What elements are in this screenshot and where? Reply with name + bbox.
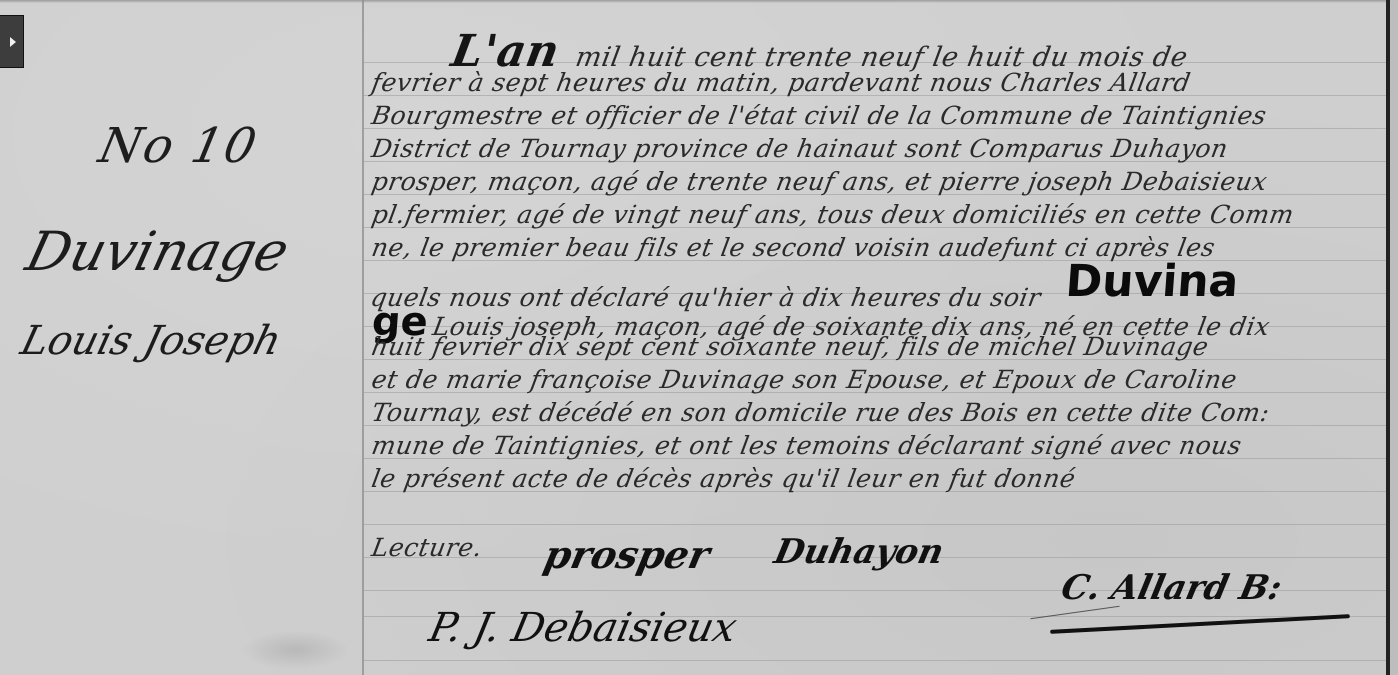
register-page: No 10 Duvinage Louis Joseph L'anmil huit… [0, 0, 1388, 675]
record-line-2: fevrier à sept heures du matin, pardevan… [369, 68, 1192, 97]
chevron-right-icon [10, 37, 16, 47]
signature-witness-1-given: prosper [540, 532, 714, 577]
record-line-12: Tournay, est décédé en son domicile rue … [369, 398, 1272, 427]
signature-witness-2: P. J. Debaisieux [425, 605, 741, 651]
record-line-4: District de Tournay province de hainaut … [369, 134, 1230, 163]
signature-witness-1-surname: Duhayon [771, 532, 948, 572]
margin-surname: Duvinage [20, 220, 295, 283]
record-line-14: le présent acte de décès après qu'il leu… [369, 464, 1078, 493]
act-number: No 10 [94, 118, 263, 174]
record-line-3: Bourgmestre et officier de l'état civil … [369, 101, 1268, 130]
margin-divider-line [362, 0, 364, 675]
margin-given-names: Louis Joseph [16, 318, 286, 364]
signature-officer: C. Allard B: [1058, 568, 1286, 608]
record-line-5: prosper, maçon, agé de trente neuf ans, … [369, 167, 1269, 196]
record-line-11: et de marie françoise Duvinage son Epous… [369, 365, 1239, 394]
expand-panel-button[interactable] [0, 15, 24, 68]
record-line-6: pl.fermier, agé de vingt neuf ans, tous … [369, 200, 1296, 229]
record-margin: No 10 Duvinage Louis Joseph [0, 0, 362, 675]
document-image-viewer: No 10 Duvinage Louis Joseph L'anmil huit… [0, 0, 1398, 675]
record-line-10: huit fevrier dix sept cent soixante neuf… [369, 332, 1211, 361]
record-line-13: mune de Taintignies, et ont les temoins … [369, 431, 1244, 460]
record-line-15: Lecture. [369, 533, 484, 562]
page-binding-edge [1386, 0, 1398, 675]
